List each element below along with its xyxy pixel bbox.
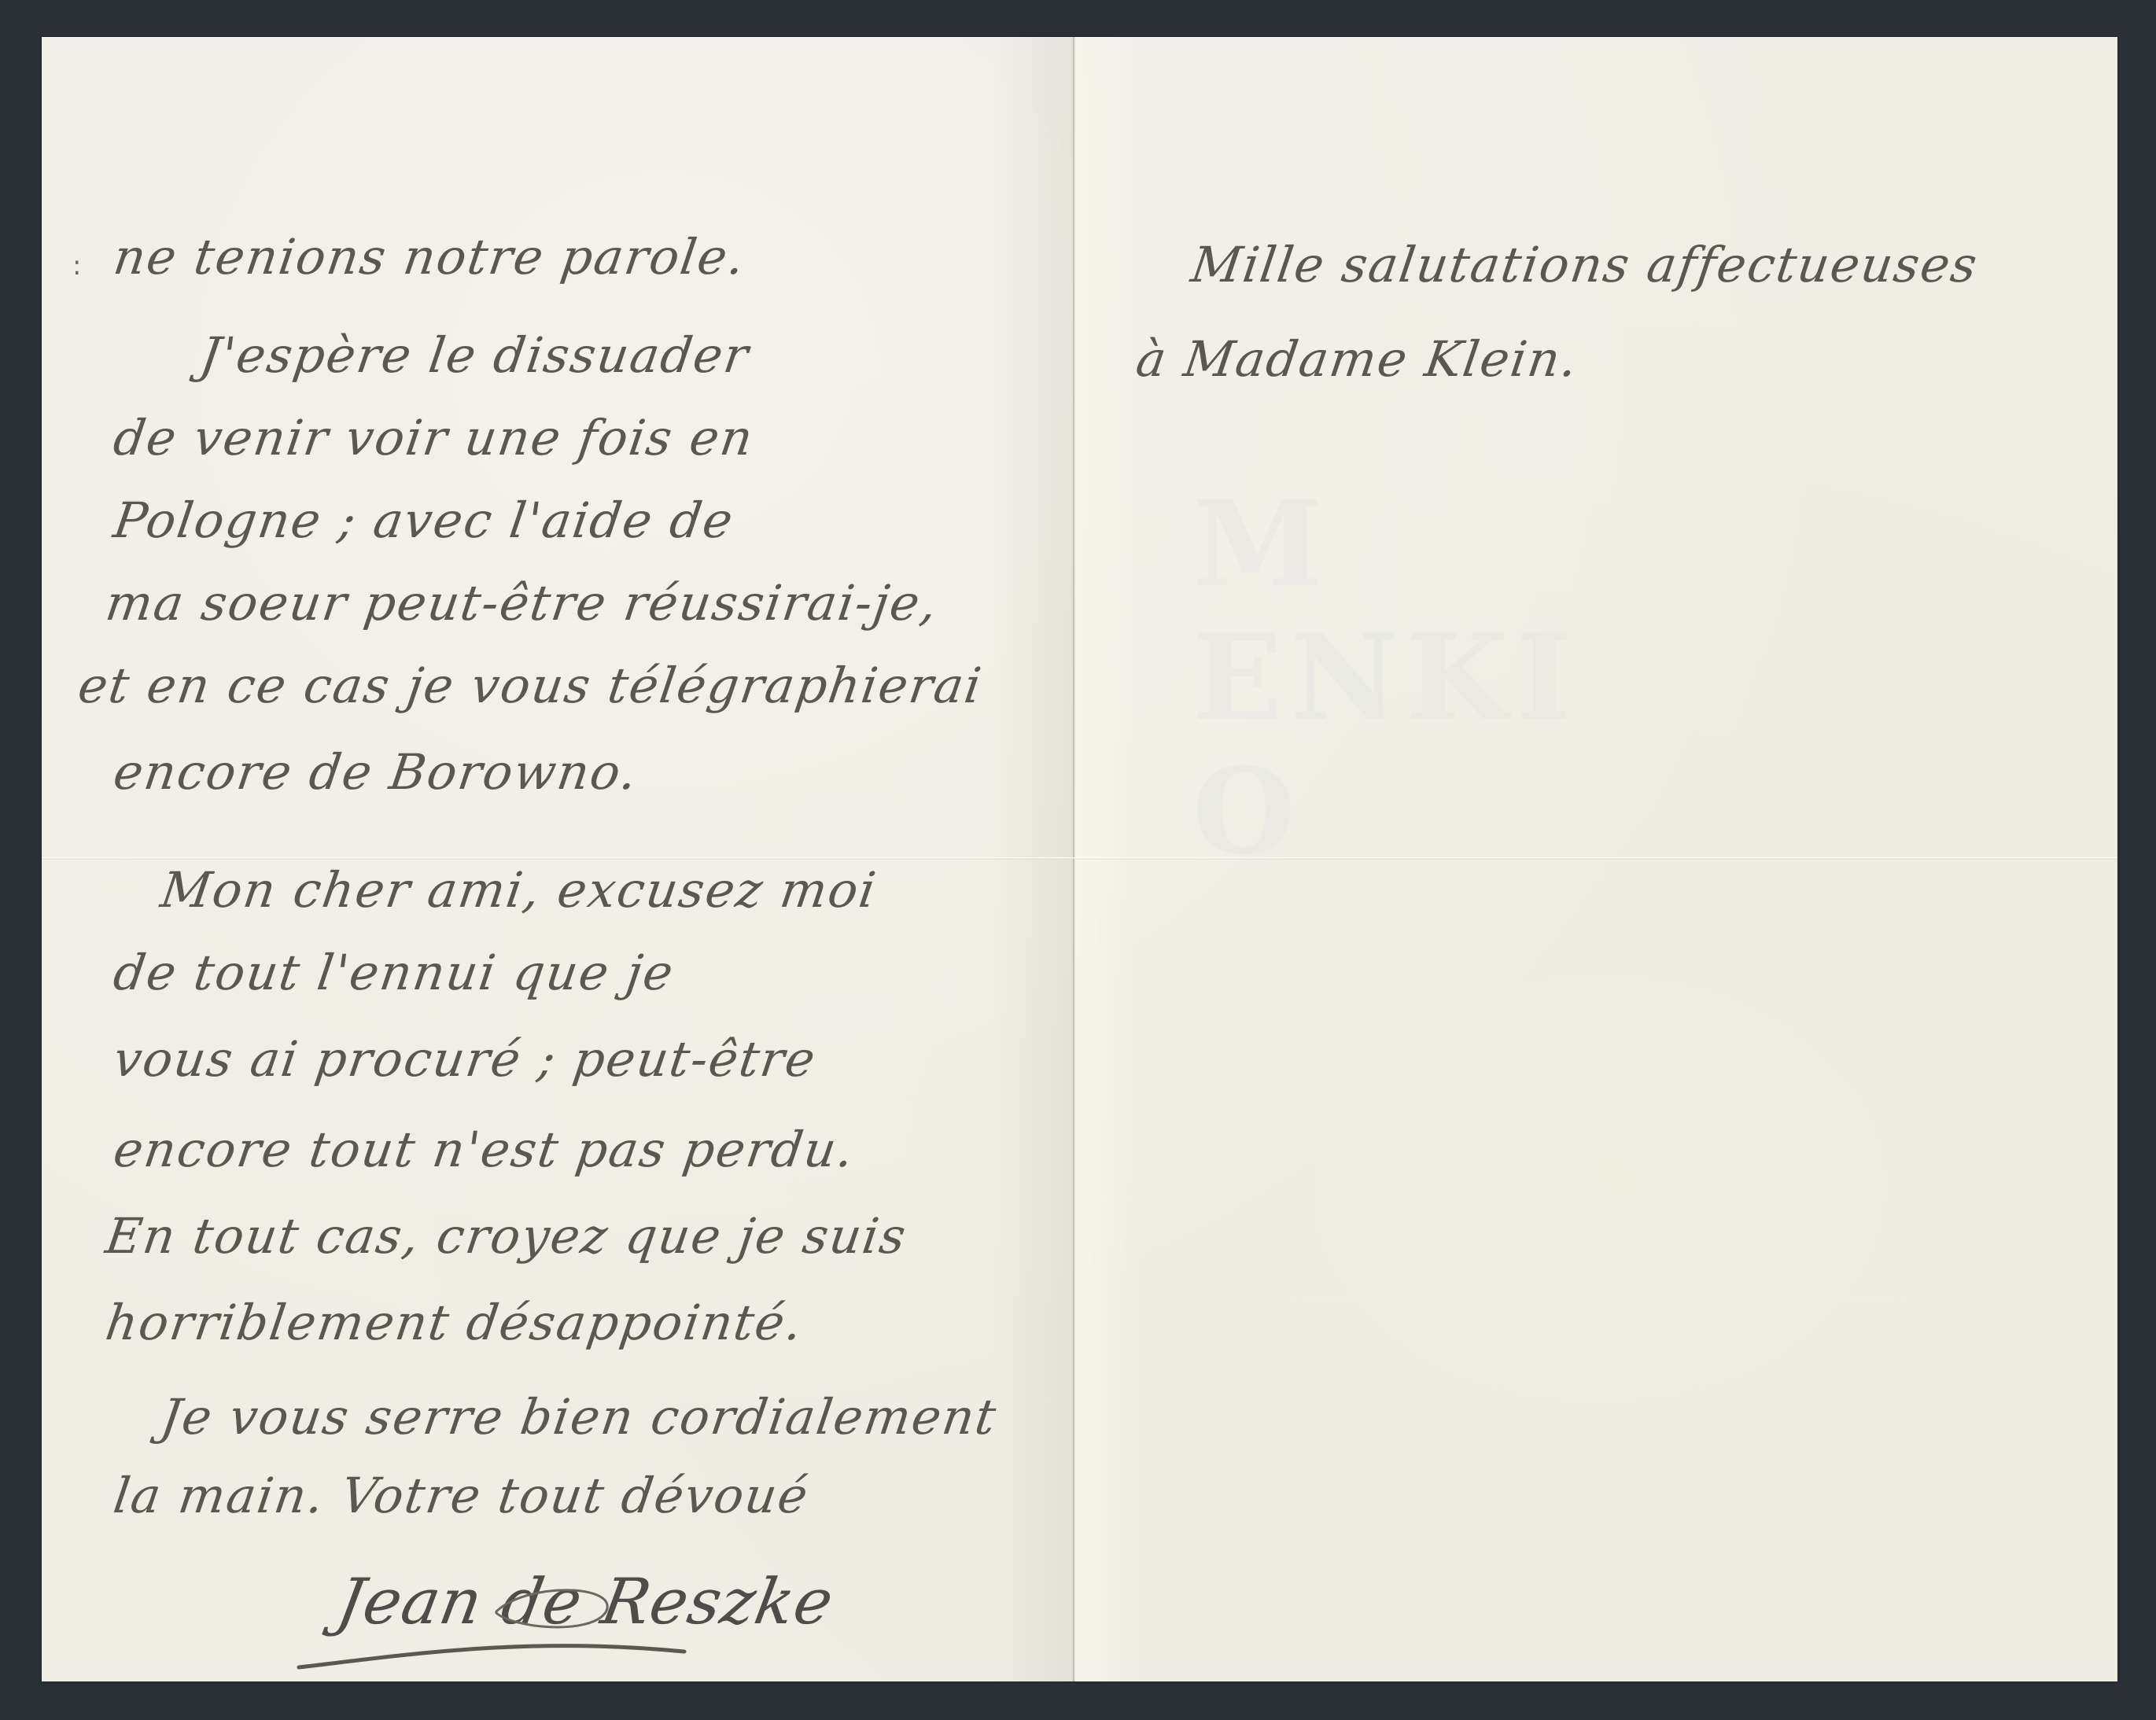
letter-line: et en ce cas je vous télégraphierai bbox=[75, 657, 986, 714]
letter-line: encore tout n'est pas perdu. bbox=[110, 1121, 858, 1178]
letter-line: encore de Borowno. bbox=[110, 743, 642, 801]
letter-line: En tout cas, croyez que je suis bbox=[102, 1207, 911, 1265]
margin-mark: : bbox=[72, 250, 81, 282]
letter-line: de tout l'ennui que je bbox=[110, 944, 678, 1001]
letter-line: vous ai procuré ; peut-être bbox=[110, 1030, 820, 1088]
signature-flourish-icon bbox=[291, 1581, 700, 1683]
letter-line: horriblement désappointé. bbox=[102, 1294, 807, 1351]
letter-line: Mille salutations affectueuses bbox=[1188, 236, 1982, 293]
letter-line: Je vous serre bien cordialement bbox=[157, 1388, 1001, 1446]
letter-line: Pologne ; avec l'aide de bbox=[110, 492, 738, 549]
letter-line: la main. Votre tout dévoué bbox=[110, 1467, 813, 1524]
letter-line: ne tenions notre parole. bbox=[110, 228, 750, 285]
letter-line: à Madame Klein. bbox=[1133, 330, 1583, 388]
letter-line: ma soeur peut-être réussirai-je, bbox=[102, 574, 942, 632]
letterhead-show-through: MENKIO bbox=[1192, 477, 2058, 878]
letter-line: J'espère le dissuader bbox=[197, 326, 753, 384]
letter-line: de venir voir une fois en bbox=[110, 409, 757, 466]
letter-line: Mon cher ami, excusez moi bbox=[157, 861, 881, 919]
horizontal-fold bbox=[42, 857, 2117, 860]
